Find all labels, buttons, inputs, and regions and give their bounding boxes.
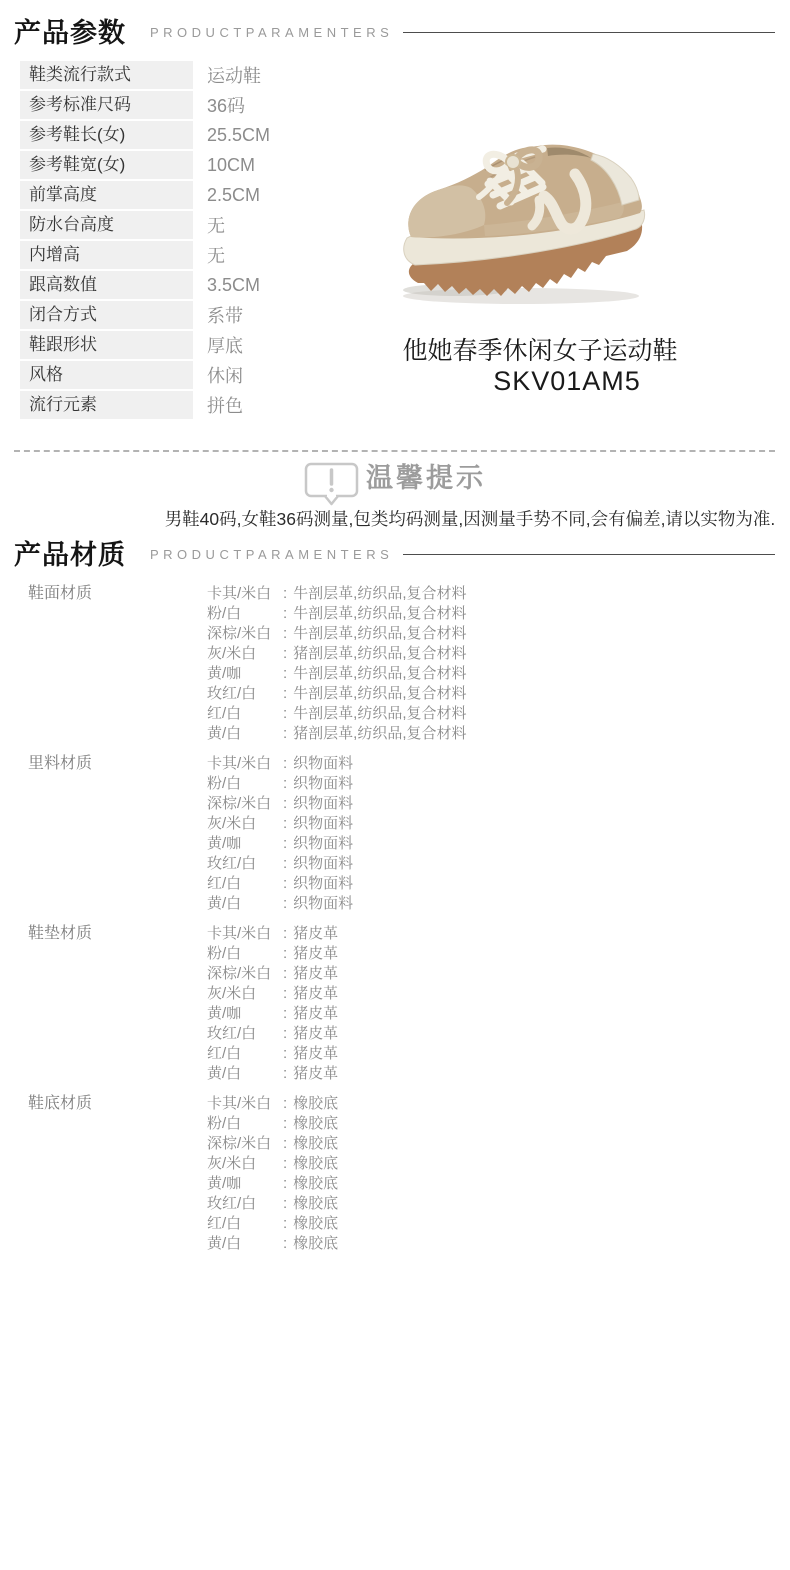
material-separator: : [283,1094,287,1114]
materials-section-header: 产品材质 PRODUCTPARAMENTERS [14,533,775,572]
material-group-insole: 鞋垫材质 卡其/米白:猪皮革 粉/白:猪皮革 深棕/米白:猪皮革 灰/米白:猪皮… [28,924,768,1084]
material-separator: : [283,1234,287,1254]
material-row: 黄/白:猪皮革 [207,1064,768,1084]
material-color: 灰/米白 [207,814,283,834]
material-value: 牛剖层革,纺织品,复合材料 [293,625,466,642]
material-row: 灰/米白:猪皮革 [207,984,768,1004]
material-value: 猪皮革 [293,1045,338,1062]
material-row: 玫红/白:织物面料 [207,854,768,874]
material-value: 橡胶底 [293,1195,338,1212]
dashed-divider [14,450,775,452]
params-section-title: 产品参数 [14,11,126,50]
material-separator: : [283,724,287,744]
param-label: 内增高 [20,241,193,269]
param-value: 36码 [207,92,245,118]
materials-list: 鞋面材质 卡其/米白:牛剖层革,纺织品,复合材料 粉/白:牛剖层革,纺织品,复合… [28,584,768,1264]
params-section-header: 产品参数 PRODUCTPARAMENTERS [14,11,775,50]
param-value: 10CM [207,155,255,176]
param-label: 跟高数值 [20,271,193,299]
material-color: 红/白 [207,704,283,724]
material-color: 灰/米白 [207,984,283,1004]
material-value: 猪皮革 [293,1025,338,1042]
materials-section-subtitle: PRODUCTPARAMENTERS [150,543,393,562]
material-color: 卡其/米白 [207,1094,283,1114]
material-group-lining: 里料材质 卡其/米白:织物面料 粉/白:织物面料 深棕/米白:织物面料 灰/米白… [28,754,768,914]
param-row: 参考标准尺码 36码 [20,91,580,119]
material-color: 黄/咖 [207,1004,283,1024]
material-row: 卡其/米白:猪皮革 [207,924,768,944]
material-color: 黄/白 [207,894,283,914]
material-value: 织物面料 [293,755,353,772]
param-value: 无 [207,242,225,268]
product-model: SKV01AM5 [397,366,737,397]
material-row: 深棕/米白:橡胶底 [207,1134,768,1154]
material-value: 猪皮革 [293,1005,338,1022]
material-entries: 卡其/米白:织物面料 粉/白:织物面料 深棕/米白:织物面料 灰/米白:织物面料… [207,754,768,914]
material-row: 红/白:织物面料 [207,874,768,894]
material-separator: : [283,814,287,834]
param-value: 无 [207,212,225,238]
material-value: 猪剖层革,纺织品,复合材料 [293,725,466,742]
material-row: 卡其/米白:牛剖层革,纺织品,复合材料 [207,584,768,604]
material-separator: : [283,854,287,874]
material-separator: : [283,1214,287,1234]
material-color: 红/白 [207,1214,283,1234]
param-label: 参考鞋长(女) [20,121,193,149]
material-value: 猪皮革 [293,985,338,1002]
material-value: 橡胶底 [293,1235,338,1252]
param-value: 3.5CM [207,275,260,296]
material-row: 红/白:橡胶底 [207,1214,768,1234]
material-color: 深棕/米白 [207,1134,283,1154]
material-value: 橡胶底 [293,1135,338,1152]
material-separator: : [283,874,287,894]
material-value: 猪皮革 [293,965,338,982]
material-row: 玫红/白:猪皮革 [207,1024,768,1044]
exclamation-bubble-icon [304,462,360,506]
param-label: 前掌高度 [20,181,193,209]
material-row: 粉/白:猪皮革 [207,944,768,964]
material-value: 织物面料 [293,855,353,872]
material-group-label: 鞋垫材质 [28,924,207,1084]
material-color: 黄/咖 [207,664,283,684]
param-label: 防水台高度 [20,211,193,239]
material-color: 深棕/米白 [207,964,283,984]
material-separator: : [283,1174,287,1194]
material-color: 玫红/白 [207,854,283,874]
material-row: 红/白:猪皮革 [207,1044,768,1064]
material-row: 灰/米白:猪剖层革,纺织品,复合材料 [207,644,768,664]
material-value: 猪皮革 [293,1065,338,1082]
param-value: 拼色 [207,392,243,418]
material-separator: : [283,624,287,644]
material-separator: : [283,644,287,664]
material-row: 粉/白:橡胶底 [207,1114,768,1134]
param-value: 2.5CM [207,185,260,206]
material-row: 黄/白:猪剖层革,纺织品,复合材料 [207,724,768,744]
material-row: 玫红/白:牛剖层革,纺织品,复合材料 [207,684,768,704]
material-color: 粉/白 [207,1114,283,1134]
param-label: 鞋类流行款式 [20,61,193,89]
material-row: 粉/白:牛剖层革,纺织品,复合材料 [207,604,768,624]
param-row: 鞋类流行款式 运动鞋 [20,61,580,89]
material-separator: : [283,1114,287,1134]
material-color: 深棕/米白 [207,794,283,814]
header-rule-line [403,554,775,555]
material-separator: : [283,584,287,604]
material-row: 黄/白:织物面料 [207,894,768,914]
notice-text: 男鞋40码,女鞋36码测量,包类均码测量,因测量手势不同,会有偏差,请以实物为准… [140,506,790,531]
material-value: 猪皮革 [293,925,338,942]
product-image [393,118,698,318]
param-label: 风格 [20,361,193,389]
material-separator: : [283,704,287,724]
product-detail-page: 产品参数 PRODUCTPARAMENTERS 鞋类流行款式 运动鞋 参考标准尺… [0,0,790,1570]
param-value: 系带 [207,302,243,328]
material-entries: 卡其/米白:牛剖层革,纺织品,复合材料 粉/白:牛剖层革,纺织品,复合材料 深棕… [207,584,768,744]
material-value: 牛剖层革,纺织品,复合材料 [293,685,466,702]
material-value: 织物面料 [293,875,353,892]
material-entries: 卡其/米白:橡胶底 粉/白:橡胶底 深棕/米白:橡胶底 灰/米白:橡胶底 黄/咖… [207,1094,768,1254]
material-group-outsole: 鞋底材质 卡其/米白:橡胶底 粉/白:橡胶底 深棕/米白:橡胶底 灰/米白:橡胶… [28,1094,768,1254]
material-color: 卡其/米白 [207,754,283,774]
material-separator: : [283,684,287,704]
material-separator: : [283,964,287,984]
material-row: 卡其/米白:橡胶底 [207,1094,768,1114]
material-separator: : [283,894,287,914]
material-color: 玫红/白 [207,1194,283,1214]
param-value: 25.5CM [207,125,270,146]
material-color: 黄/咖 [207,834,283,854]
param-label: 流行元素 [20,391,193,419]
material-group-label: 鞋面材质 [28,584,207,744]
param-value: 厚底 [207,332,243,358]
material-row: 黄/咖:牛剖层革,纺织品,复合材料 [207,664,768,684]
material-row: 深棕/米白:猪皮革 [207,964,768,984]
material-value: 橡胶底 [293,1155,338,1172]
material-separator: : [283,1154,287,1174]
material-color: 灰/米白 [207,644,283,664]
materials-section-title: 产品材质 [14,533,126,572]
material-separator: : [283,754,287,774]
material-value: 牛剖层革,纺织品,复合材料 [293,705,466,722]
product-name: 他她春季休闲女子运动鞋 [370,331,710,367]
material-color: 粉/白 [207,604,283,624]
material-color: 玫红/白 [207,684,283,704]
material-separator: : [283,774,287,794]
material-row: 灰/米白:橡胶底 [207,1154,768,1174]
material-value: 橡胶底 [293,1175,338,1192]
material-row: 黄/白:橡胶底 [207,1234,768,1254]
material-entries: 卡其/米白:猪皮革 粉/白:猪皮革 深棕/米白:猪皮革 灰/米白:猪皮革 黄/咖… [207,924,768,1084]
param-label: 参考标准尺码 [20,91,193,119]
material-group-label: 里料材质 [28,754,207,914]
material-value: 织物面料 [293,835,353,852]
material-separator: : [283,1044,287,1064]
material-separator: : [283,1004,287,1024]
material-separator: : [283,1024,287,1044]
material-color: 黄/白 [207,1234,283,1254]
sneaker-illustration [393,118,698,318]
material-color: 卡其/米白 [207,584,283,604]
material-row: 黄/咖:织物面料 [207,834,768,854]
material-row: 深棕/米白:牛剖层革,纺织品,复合材料 [207,624,768,644]
param-label: 闭合方式 [20,301,193,329]
material-color: 灰/米白 [207,1154,283,1174]
material-row: 灰/米白:织物面料 [207,814,768,834]
material-color: 粉/白 [207,774,283,794]
material-color: 红/白 [207,1044,283,1064]
material-color: 黄/咖 [207,1174,283,1194]
material-color: 玫红/白 [207,1024,283,1044]
material-value: 牛剖层革,纺织品,复合材料 [293,665,466,682]
param-value: 运动鞋 [207,62,261,88]
material-color: 黄/白 [207,1064,283,1084]
material-separator: : [283,1194,287,1214]
material-row: 玫红/白:橡胶底 [207,1194,768,1214]
material-color: 红/白 [207,874,283,894]
material-color: 粉/白 [207,944,283,964]
material-separator: : [283,604,287,624]
material-value: 橡胶底 [293,1095,338,1112]
material-group-upper: 鞋面材质 卡其/米白:牛剖层革,纺织品,复合材料 粉/白:牛剖层革,纺织品,复合… [28,584,768,744]
material-separator: : [283,924,287,944]
material-separator: : [283,794,287,814]
material-row: 黄/咖:猪皮革 [207,1004,768,1024]
material-separator: : [283,944,287,964]
param-value: 休闲 [207,362,243,388]
material-color: 卡其/米白 [207,924,283,944]
material-separator: : [283,664,287,684]
material-color: 深棕/米白 [207,624,283,644]
material-value: 橡胶底 [293,1215,338,1232]
material-row: 深棕/米白:织物面料 [207,794,768,814]
param-label: 鞋跟形状 [20,331,193,359]
material-value: 牛剖层革,纺织品,复合材料 [293,585,466,602]
notice-title: 温馨提示 [366,456,486,495]
material-separator: : [283,834,287,854]
header-rule-line [403,32,775,33]
material-separator: : [283,1134,287,1154]
material-separator: : [283,1064,287,1084]
material-value: 织物面料 [293,795,353,812]
material-value: 猪皮革 [293,945,338,962]
material-value: 织物面料 [293,895,353,912]
param-label: 参考鞋宽(女) [20,151,193,179]
material-separator: : [283,984,287,1004]
params-section-subtitle: PRODUCTPARAMENTERS [150,21,393,40]
material-value: 织物面料 [293,815,353,832]
material-row: 黄/咖:橡胶底 [207,1174,768,1194]
material-row: 红/白:牛剖层革,纺织品,复合材料 [207,704,768,724]
material-value: 牛剖层革,纺织品,复合材料 [293,605,466,622]
material-color: 黄/白 [207,724,283,744]
material-group-label: 鞋底材质 [28,1094,207,1254]
material-row: 粉/白:织物面料 [207,774,768,794]
material-value: 织物面料 [293,775,353,792]
material-value: 猪剖层革,纺织品,复合材料 [293,645,466,662]
material-row: 卡其/米白:织物面料 [207,754,768,774]
material-value: 橡胶底 [293,1115,338,1132]
